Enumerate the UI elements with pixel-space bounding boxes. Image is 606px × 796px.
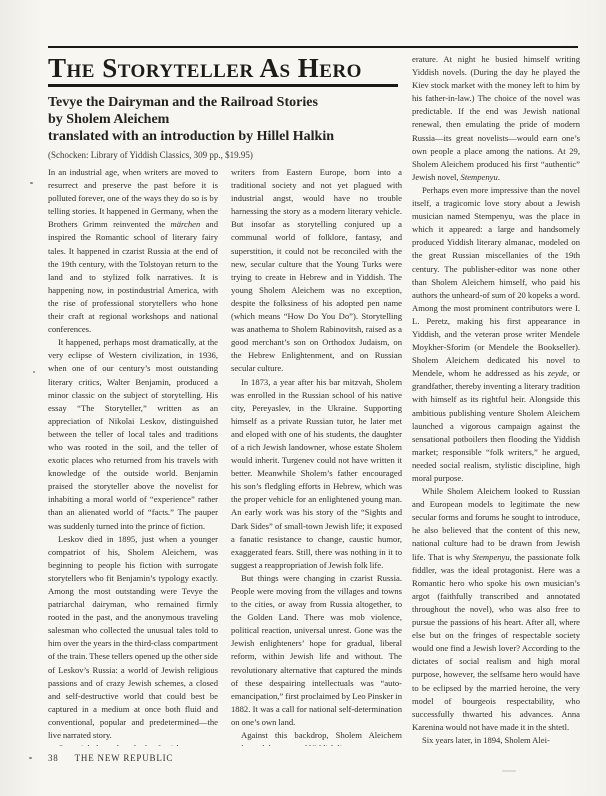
title-rule <box>48 84 398 87</box>
paragraph: erature. At night he busied himself writ… <box>412 53 580 184</box>
paragraph: One might have thought that Jewish <box>48 742 218 746</box>
paragraph: It happened, perhaps most dramatically, … <box>48 336 218 532</box>
paragraph: Six years later, in 1894, Sholem Alei- <box>412 734 580 747</box>
page-number: 38 <box>48 753 59 763</box>
paragraph: In 1873, a year after his bar mitzvah, S… <box>231 376 402 572</box>
article-header: The Storyteller As Hero Tevye the Dairym… <box>48 53 398 161</box>
book-author: by Sholem Aleichem <box>48 111 398 128</box>
text-column-3: erature. At night he busied himself writ… <box>412 53 580 747</box>
paragraph: Against this backdrop, Sholem Aleichem e… <box>231 729 402 746</box>
page-footer: 38THE NEW REPUBLIC <box>48 753 173 763</box>
paragraph: Leskov died in 1895, just when a younger… <box>48 533 218 743</box>
magazine-name: THE NEW REPUBLIC <box>75 753 174 763</box>
scan-smudge <box>502 770 516 772</box>
book-title: Tevye the Dairyman and the Railroad Stor… <box>48 94 398 111</box>
scan-speck <box>33 371 35 373</box>
paragraph: Perhaps even more impressive than the no… <box>412 184 580 485</box>
paragraph: While Sholem Aleichem looked to Russian … <box>412 485 580 734</box>
paragraph: In an industrial age, when writers are m… <box>48 166 218 336</box>
paragraph: But things were changing in czarist Russ… <box>231 572 402 729</box>
text-column-2: writers from Eastern Europe, born into a… <box>231 166 402 746</box>
text-column-1: In an industrial age, when writers are m… <box>48 166 218 746</box>
paragraph: writers from Eastern Europe, born into a… <box>231 166 402 376</box>
article-title: The Storyteller As Hero <box>48 53 398 83</box>
magazine-page: The Storyteller As Hero Tevye the Dairym… <box>0 0 606 796</box>
book-translator: translated with an introduction by Hille… <box>48 128 398 145</box>
top-rule <box>48 46 578 48</box>
book-publisher-details: (Schocken: Library of Yiddish Classics, … <box>48 149 398 161</box>
book-info: Tevye the Dairyman and the Railroad Stor… <box>48 94 398 161</box>
scan-speck <box>29 757 32 759</box>
scan-speck <box>30 182 33 184</box>
